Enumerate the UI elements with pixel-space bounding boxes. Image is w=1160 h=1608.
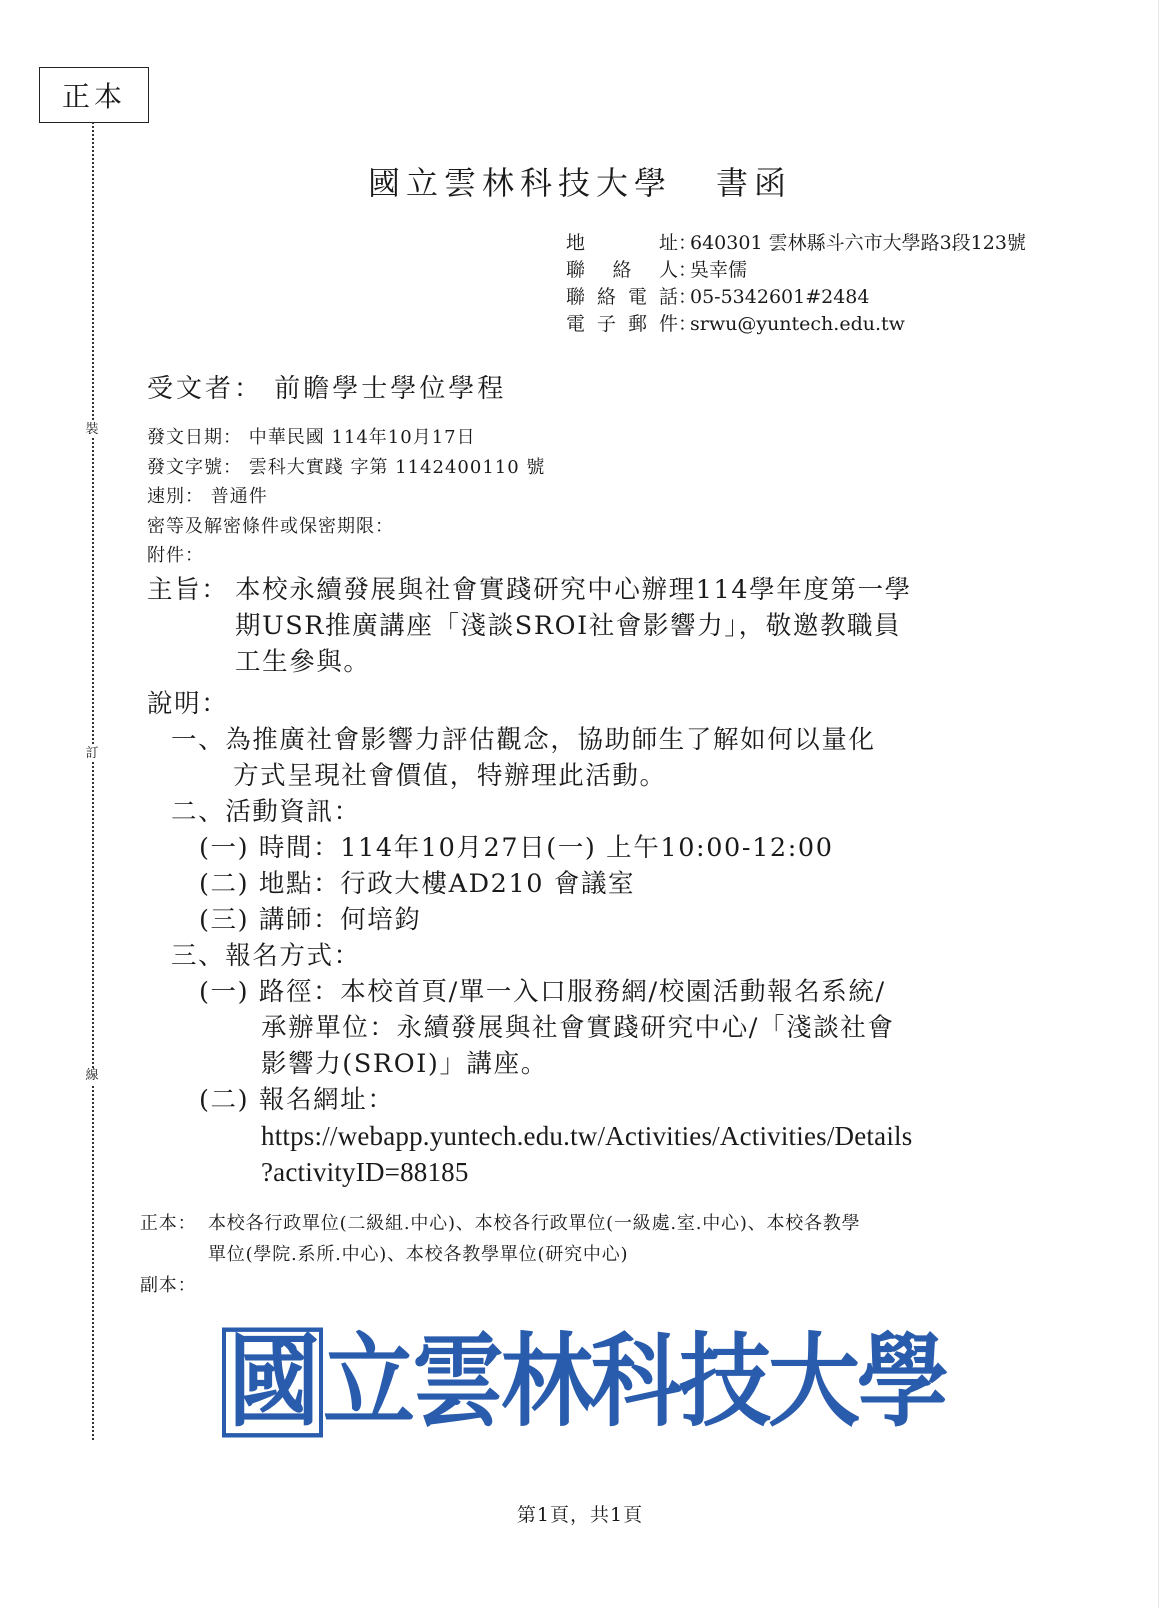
binding-mark-xian: 線 xyxy=(82,1068,102,1084)
university-seal-stamp: 國立雲林科技大學 xyxy=(222,1322,946,1443)
event-time: (一) 時間：114年10月27日(一) 上午10:00-12:00 xyxy=(147,830,912,866)
registration-url-link[interactable]: https://webapp.yuntech.edu.tw/Activities… xyxy=(147,1118,912,1154)
subject-label: 主旨： xyxy=(147,572,235,608)
original-recipients-label: 正本： xyxy=(140,1208,208,1239)
registration-path-cont: 影響力(SROI)」講座。 xyxy=(147,1046,912,1082)
binding-mark-zhuang: 裝 xyxy=(82,422,102,438)
document-meta: 發文日期： 中華民國 114年10月17日 發文字號： 雲科大實踐 字第 114… xyxy=(147,423,545,571)
contact-person: 聯絡人：吳幸儒 xyxy=(566,257,1026,284)
binding-dotted-line xyxy=(92,122,94,1440)
contact-phone: 聯絡電話：05-5342601#2484 xyxy=(566,284,1026,311)
phone-value: 05-5342601#2484 xyxy=(690,284,870,311)
subject-line: 工生參與。 xyxy=(235,644,371,680)
contact-email: 電子郵件：srwu@yuntech.edu.tw xyxy=(566,311,1026,338)
subject-line: 期USR推廣講座「淺談SROI社會影響力」，敬邀教職員 xyxy=(235,608,901,644)
subject-line: 本校永續發展與社會實踐研究中心辦理114學年度第一學 xyxy=(235,572,912,608)
classification: 密等及解密條件或保密期限： xyxy=(147,512,545,542)
original-recipients: 本校各行政單位(二級組.中心)、本校各行政單位(一級處.室.中心)、本校各教學 xyxy=(208,1208,860,1239)
seal-first-char: 國 xyxy=(222,1328,323,1438)
email-value: srwu@yuntech.edu.tw xyxy=(690,311,905,338)
issuer-name: 國立雲林科技大學 xyxy=(368,164,672,202)
registration-path: (一) 路徑：本校首頁/單一入口服務網/校園活動報名系統/ xyxy=(147,974,912,1010)
contact-block: 地址：640301 雲林縣斗六市大學路3段123號 聯絡人：吳幸儒 聯絡電話：0… xyxy=(566,230,1026,338)
issue-date: 發文日期： 中華民國 114年10月17日 xyxy=(147,423,545,453)
copy-recipients-label: 副本： xyxy=(140,1270,208,1301)
explanation-item-1-cont: 方式呈現社會價值，特辦理此活動。 xyxy=(147,758,912,794)
explanation-item-1: 一、為推廣社會影響力評估觀念，協助師生了解如何以量化 xyxy=(147,722,912,758)
recipient-label: 受文者： xyxy=(147,374,263,404)
document-title: 國立雲林科技大學書函 xyxy=(0,158,1160,204)
explanation-item-2: 二、活動資訊： xyxy=(147,794,912,830)
copy-type-box: 正本 xyxy=(39,67,149,123)
explanation-label: 說明： xyxy=(147,686,912,722)
explanation-item-3: 三、報名方式： xyxy=(147,938,912,974)
event-location: (二) 地點：行政大樓AD210 會議室 xyxy=(147,866,912,902)
registration-url-link-cont[interactable]: ?activityID=88185 xyxy=(147,1154,912,1190)
attachment: 附件： xyxy=(147,541,545,571)
binding-mark-ding: 訂 xyxy=(82,746,102,762)
explanation-section: 說明： 一、為推廣社會影響力評估觀念，協助師生了解如何以量化 方式呈現社會價值，… xyxy=(147,686,912,1190)
contact-person-value: 吳幸儒 xyxy=(690,257,747,284)
event-speaker: (三) 講師：何培鈞 xyxy=(147,902,912,938)
priority: 速別： 普通件 xyxy=(147,482,545,512)
seal-rest: 立雲林科技大學 xyxy=(323,1323,946,1441)
document-number: 發文字號： 雲科大實踐 字第 1142400110 號 xyxy=(147,453,545,483)
registration-path-cont: 承辦單位：永續發展與社會實踐研究中心/「淺談社會 xyxy=(147,1010,912,1046)
document-type: 書函 xyxy=(716,164,792,202)
registration-url-label: (二) 報名網址： xyxy=(147,1082,912,1118)
recipient-value: 前瞻學士學位學程 xyxy=(274,374,506,404)
contact-address: 地址：640301 雲林縣斗六市大學路3段123號 xyxy=(566,230,1026,257)
recipient: 受文者： 前瞻學士學位學程 xyxy=(147,368,506,405)
distribution-section: 正本：本校各行政單位(二級組.中心)、本校各行政單位(一級處.室.中心)、本校各… xyxy=(140,1208,860,1301)
address-value: 640301 雲林縣斗六市大學路3段123號 xyxy=(690,230,1026,257)
copy-type-label: 正本 xyxy=(62,75,126,115)
page-footer: 第1頁，共1頁 xyxy=(0,1500,1160,1527)
subject-section: 主旨：本校永續發展與社會實踐研究中心辦理114學年度第一學 期USR推廣講座「淺… xyxy=(147,572,912,680)
original-recipients-cont: 單位(學院.系所.中心)、本校各教學單位(研究中心) xyxy=(208,1239,628,1270)
page-edge xyxy=(1158,0,1159,1608)
